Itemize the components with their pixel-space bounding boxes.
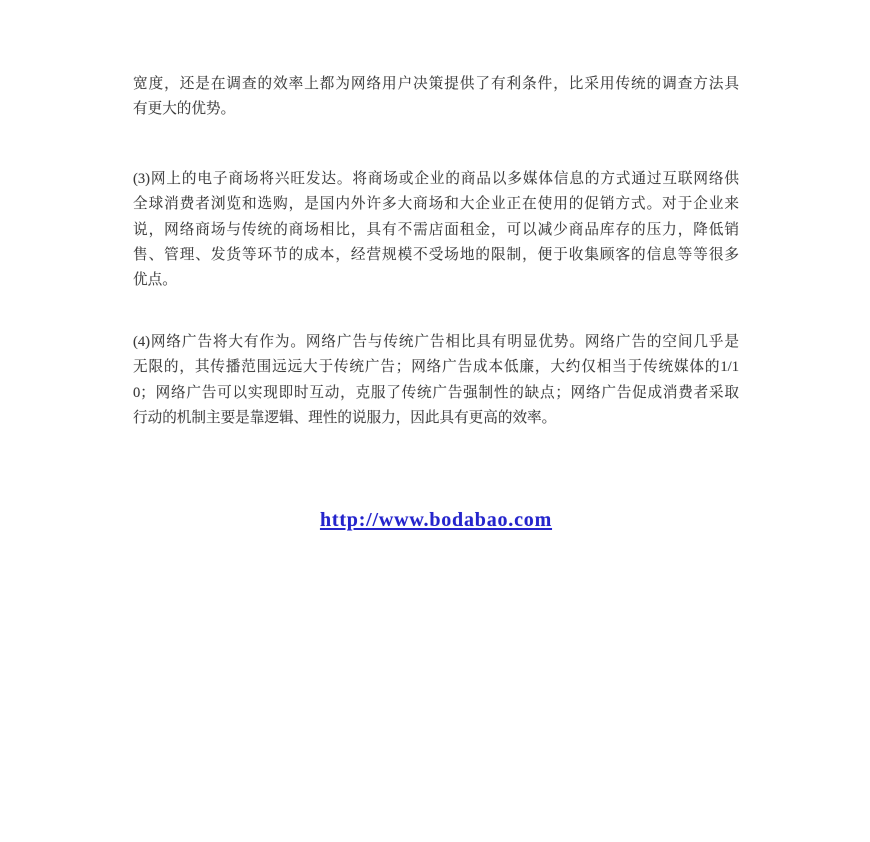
- paragraph: (4)网络广告将大有作为。网络广告与传统广告相比具有明显优势。网络广告的空间几乎…: [133, 330, 739, 432]
- text-line: 0；网络广告可以实现即时互动，克服了传统广告强制性的缺点；网络广告促成消费者采取: [133, 381, 739, 406]
- text-line: 优点。: [133, 268, 739, 293]
- text-line: 行动的机制主要是靠逻辑、理性的说服力，因此具有更高的效率。: [133, 406, 739, 431]
- text-line: (3)网上的电子商场将兴旺发达。将商场或企业的商品以多媒体信息的方式通过互联网络…: [133, 167, 739, 192]
- text-line: 有更大的优势。: [133, 97, 739, 122]
- document-body: 宽度，还是在调查的效率上都为网络用户决策提供了有利条件，比采用传统的调查方法具有…: [133, 72, 739, 431]
- text-line: 说，网络商场与传统的商场相比，具有不需店面租金，可以减少商品库存的压力，降低销: [133, 218, 739, 243]
- text-line: (4)网络广告将大有作为。网络广告与传统广告相比具有明显优势。网络广告的空间几乎…: [133, 330, 739, 355]
- paragraph: (3)网上的电子商场将兴旺发达。将商场或企业的商品以多媒体信息的方式通过互联网络…: [133, 167, 739, 294]
- text-line: 无限的，其传播范围远远大于传统广告；网络广告成本低廉，大约仅相当于传统媒体的1/…: [133, 355, 739, 380]
- text-line: 宽度，还是在调查的效率上都为网络用户决策提供了有利条件，比采用传统的调查方法具: [133, 72, 739, 97]
- link-row: http://www.bodabao.com: [133, 509, 739, 532]
- paragraph: 宽度，还是在调查的效率上都为网络用户决策提供了有利条件，比采用传统的调查方法具有…: [133, 72, 739, 123]
- document-link[interactable]: http://www.bodabao.com: [320, 509, 552, 531]
- text-line: 全球消费者浏览和选购，是国内外许多大商场和大企业正在使用的促销方式。对于企业来: [133, 192, 739, 217]
- text-line: 售、管理、发货等环节的成本，经营规模不受场地的限制，便于收集顾客的信息等等很多: [133, 243, 739, 268]
